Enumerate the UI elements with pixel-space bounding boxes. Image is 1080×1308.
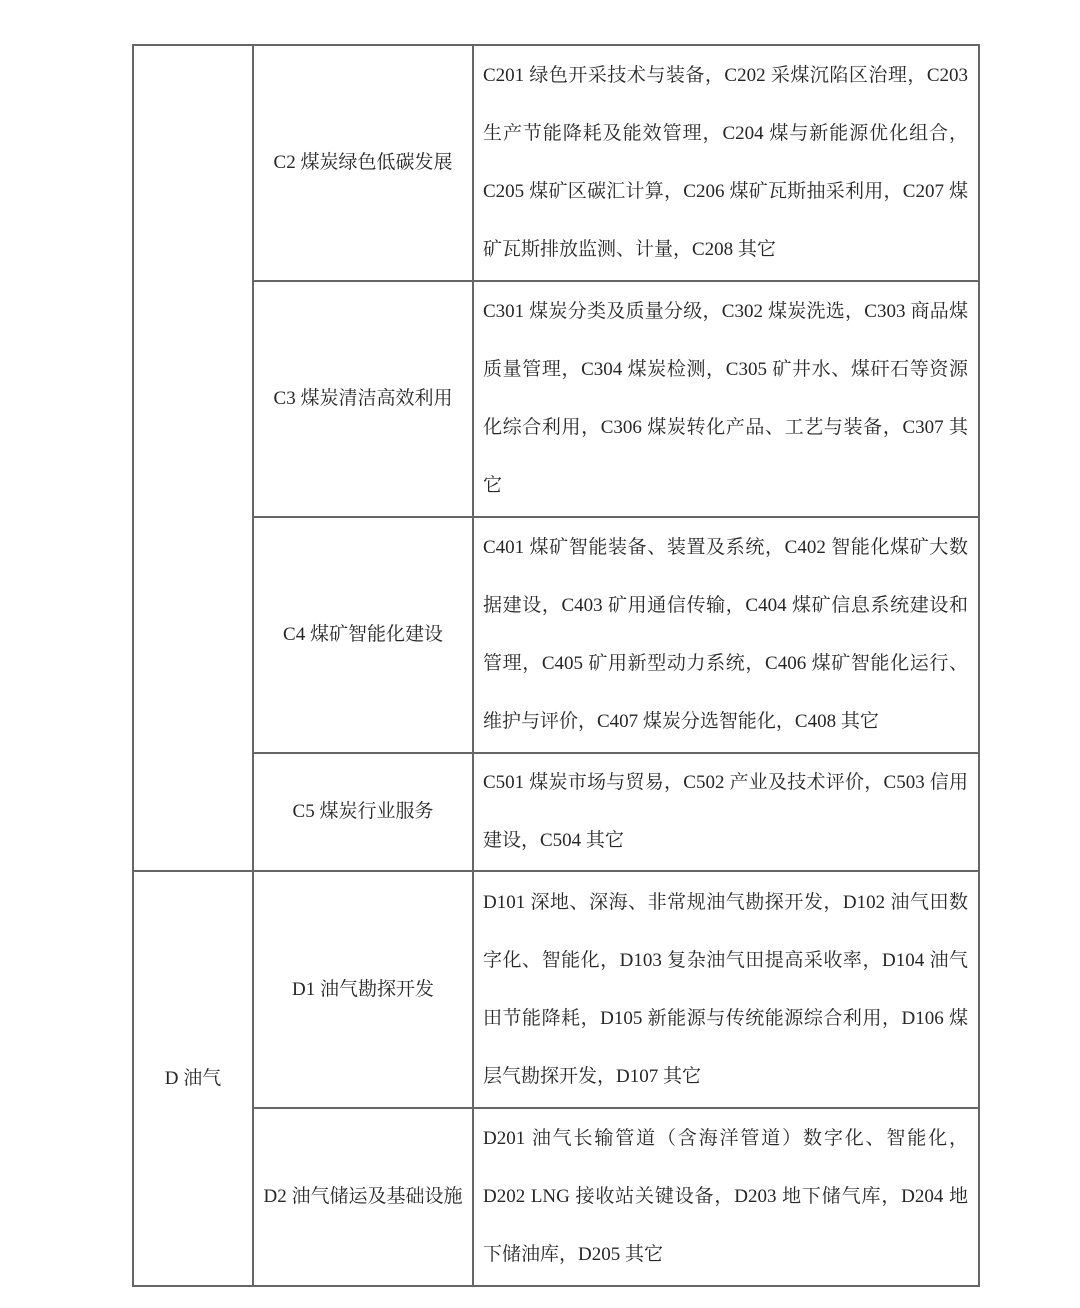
table-row: C4 煤矿智能化建设 C401 煤矿智能装备、装置及系统，C402 智能化煤矿大…: [133, 517, 979, 753]
table-row: D2 油气储运及基础设施 D201 油气长输管道（含海洋管道）数字化、智能化，D…: [133, 1108, 979, 1286]
classification-table: C2 煤炭绿色低碳发展 C201 绿色开采技术与装备，C202 采煤沉陷区治理，…: [132, 44, 980, 1287]
table-row: C2 煤炭绿色低碳发展 C201 绿色开采技术与装备，C202 采煤沉陷区治理，…: [133, 45, 979, 281]
subcategory-cell-c4: C4 煤矿智能化建设: [253, 517, 473, 753]
table-row: D 油气 D1 油气勘探开发 D101 深地、深海、非常规油气勘探开发，D102…: [133, 871, 979, 1108]
items-cell-d1: D101 深地、深海、非常规油气勘探开发，D102 油气田数字化、智能化，D10…: [473, 871, 979, 1108]
items-cell-c4: C401 煤矿智能装备、装置及系统，C402 智能化煤矿大数据建设，C403 矿…: [473, 517, 979, 753]
items-cell-d2: D201 油气长输管道（含海洋管道）数字化、智能化，D202 LNG 接收站关键…: [473, 1108, 979, 1286]
subcategory-cell-d1: D1 油气勘探开发: [253, 871, 473, 1108]
items-cell-c3: C301 煤炭分类及质量分级，C302 煤炭洗选，C303 商品煤质量管理，C3…: [473, 281, 979, 517]
subcategory-cell-c2: C2 煤炭绿色低碳发展: [253, 45, 473, 281]
category-cell-oil-gas: D 油气: [133, 871, 253, 1286]
category-cell-coal: [133, 45, 253, 871]
subcategory-cell-d2: D2 油气储运及基础设施: [253, 1108, 473, 1286]
items-cell-c5: C501 煤炭市场与贸易，C502 产业及技术评价，C503 信用建设，C504…: [473, 753, 979, 871]
table-row: C3 煤炭清洁高效利用 C301 煤炭分类及质量分级，C302 煤炭洗选，C30…: [133, 281, 979, 517]
items-cell-c2: C201 绿色开采技术与装备，C202 采煤沉陷区治理，C203 生产节能降耗及…: [473, 45, 979, 281]
table-row: C5 煤炭行业服务 C501 煤炭市场与贸易，C502 产业及技术评价，C503…: [133, 753, 979, 871]
subcategory-cell-c5: C5 煤炭行业服务: [253, 753, 473, 871]
subcategory-cell-c3: C3 煤炭清洁高效利用: [253, 281, 473, 517]
